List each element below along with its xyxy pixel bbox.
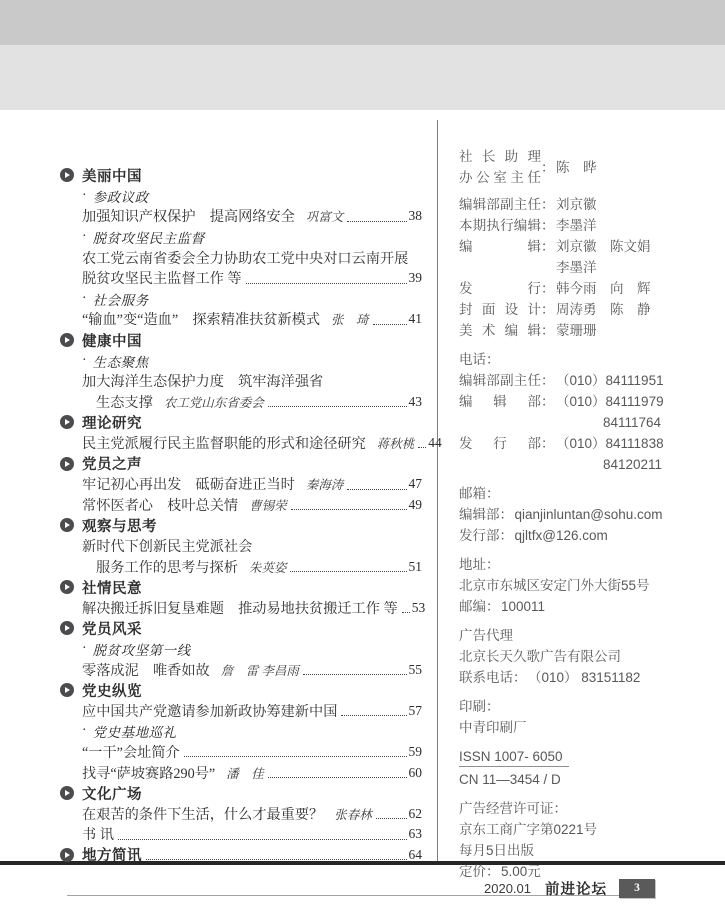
toc-article-author: 张春林 [334, 805, 372, 823]
masthead-dual-labels: 社长助理 办公室主任 [459, 146, 541, 188]
toc-article-title: “输血”变“造血” 探索精准扶贫新模式 [82, 309, 320, 329]
masthead-row: 编辑部：（010）84111979 [459, 391, 715, 412]
section-arrow-icon [60, 580, 74, 594]
masthead-row: 美术编辑：蒙珊珊 [459, 320, 715, 341]
toc-page-number: 51 [409, 559, 423, 575]
toc-article-title: 应中国共产党邀请参加新政协筹建新中国 [82, 701, 337, 721]
masthead-text: ISSN 1007- 6050 [459, 747, 569, 767]
toc-line: ·脱贫攻坚第一线 [82, 639, 422, 660]
masthead-value: 韩今雨 向 辉 [556, 278, 651, 299]
toc-line: 文化广场 [60, 783, 422, 804]
toc-line: 党员风采 [60, 618, 422, 639]
toc-page-number: 62 [409, 806, 423, 822]
masthead-label: 发行 [459, 278, 541, 299]
toc-dot-leader [347, 489, 406, 490]
column-divider [437, 120, 438, 862]
masthead-label: 美术编辑 [459, 320, 541, 341]
toc-dot-leader [290, 571, 406, 572]
masthead-value: qjltfx@126.com [515, 525, 608, 546]
toc-article-title: 脱贫攻坚民主监督工作 等 [82, 268, 242, 288]
toc-page-number: 60 [409, 765, 423, 781]
toc-article-title: “一干”会址简介 [82, 742, 180, 762]
masthead-colon: ： [541, 320, 556, 341]
toc-dot-leader [118, 839, 407, 840]
masthead-group-printer: 印刷：中青印刷厂 [459, 696, 715, 738]
masthead-column: 社长助理 办公室主任 ： 陈 晔 编辑部副主任：刘京徽本期执行编辑：李墨洋编辑：… [459, 146, 715, 890]
toc-line: 书 讯63 [82, 824, 422, 845]
toc-page-number: 39 [409, 270, 423, 286]
toc-article-author: 秦海涛 [306, 475, 344, 493]
masthead-row: 本期执行编辑：李墨洋 [459, 215, 715, 236]
masthead-colon: ： [541, 433, 556, 454]
toc-article-title: 找寻“萨坡赛路290号” [82, 763, 215, 783]
masthead-label: 编辑部副主任 [459, 370, 541, 391]
section-arrow-icon [60, 168, 74, 182]
masthead-heading: 地址： [459, 554, 715, 575]
masthead-colon: ： [541, 215, 556, 236]
masthead-colon: ： [486, 696, 500, 717]
masthead-colon: ： [554, 798, 568, 819]
section-arrow-icon [60, 457, 74, 471]
toc-dot-leader [146, 859, 407, 860]
masthead-continuation: 84120211 [603, 454, 715, 475]
top-band-light [0, 45, 725, 110]
arrow-right-glyph [65, 625, 70, 631]
toc-page-number: 47 [409, 476, 423, 492]
toc-bullet: · [82, 641, 87, 657]
toc-page-number: 43 [409, 394, 423, 410]
masthead-groups: 编辑部副主任：刘京徽本期执行编辑：李墨洋编辑：刘京徽 陈文娟李墨洋发行：韩今雨 … [459, 194, 715, 882]
masthead-group-phones: 电话：编辑部副主任：（010）84111951编辑部：（010）84111979… [459, 349, 715, 475]
masthead-colon: ： [541, 236, 556, 257]
toc-dot-leader [418, 447, 426, 448]
toc-article-author: 巩富文 [306, 207, 344, 225]
toc-article-author: 潘 佳 [226, 764, 264, 782]
toc-dot-leader [376, 818, 407, 819]
toc-column: 美丽中国·参政议政加强知识产权保护 提高网络安全巩富文38·脱贫攻坚民主监督农工… [60, 165, 422, 865]
masthead-heading-text: 邮箱 [459, 483, 486, 504]
toc-dot-leader [402, 612, 410, 613]
toc-article-author: 朱英姿 [249, 558, 287, 576]
toc-article-author: 詹 雷 李昌雨 [221, 661, 299, 679]
toc-page-number: 53 [412, 600, 426, 616]
toc-category-label: 党史基地巡礼 [93, 721, 177, 741]
masthead-group-license: 广告经营许可证：京东工商广字第0221号每月5日出版定价：5.00元 [459, 798, 715, 882]
toc-article-title: 解决搬迁拆旧复垦难题 推动易地扶贫搬迁工作 等 [82, 598, 398, 618]
masthead-text: 每月5日出版 [459, 843, 534, 858]
toc-dot-leader [268, 406, 407, 407]
toc-category-label: 脱贫攻坚第一线 [93, 639, 191, 659]
masthead-value: 周涛勇 陈 静 [556, 299, 651, 320]
toc-line: 在艰苦的条件下生活，什么才最重要？张春林62 [82, 803, 422, 824]
masthead-colon: ： [500, 504, 515, 525]
masthead-value: 100011 [501, 596, 545, 617]
arrow-right-glyph [65, 172, 70, 178]
masthead-label: 社长助理 [459, 146, 541, 167]
masthead-value: 刘京徽 [556, 194, 597, 215]
masthead-group-staff: 编辑部副主任：刘京徽本期执行编辑：李墨洋编辑：刘京徽 陈文娟李墨洋发行：韩今雨 … [459, 194, 715, 341]
toc-line: 党员之声 [60, 453, 422, 474]
toc-page-number: 64 [409, 847, 423, 863]
masthead-group-ad-agency: 广告代理北京长天久歌广告有限公司联系电话：（010） 83151182 [459, 625, 715, 688]
masthead-continuation: 李墨洋 [556, 257, 715, 278]
toc-section-title: 党员之声 [82, 453, 142, 474]
masthead-text-line: 北京市东城区安定门外大街55号 [459, 575, 715, 596]
masthead-row: 封面设计：周涛勇 陈 静 [459, 299, 715, 320]
toc-page-number: 59 [409, 744, 423, 760]
masthead-heading-text: 电话 [459, 349, 486, 370]
masthead-text: 中青印刷厂 [459, 720, 527, 735]
arrow-right-glyph [65, 461, 70, 467]
toc-line: 地方简讯64 [60, 845, 422, 866]
toc-article-title: 牢记初心再出发 砥砺奋进正当时 [82, 474, 295, 494]
section-arrow-icon [60, 415, 74, 429]
toc-dot-leader [341, 715, 406, 716]
masthead-colon: ： [541, 299, 556, 320]
masthead-value: （010）84111951 [556, 370, 664, 391]
masthead-text-line: 京东工商广字第0221号 [459, 819, 715, 840]
toc-category-label: 脱贫攻坚民主监督 [93, 227, 205, 247]
masthead-heading: 电话： [459, 349, 715, 370]
masthead-value: （010）84111979 [556, 391, 664, 412]
masthead-heading-text: 广告经营许可证 [459, 798, 554, 819]
toc-article-title: 新时代下创新民主党派社会 [82, 536, 252, 556]
masthead-text-line: 广告代理 [459, 625, 715, 646]
toc-line: 理论研究 [60, 412, 422, 433]
toc-dot-leader [291, 509, 407, 510]
toc-category-label: 参政议政 [93, 186, 149, 206]
masthead-value: （010） 83151182 [528, 667, 640, 688]
toc-section-title: 文化广场 [82, 783, 142, 804]
toc-section-title: 社情民意 [82, 577, 142, 598]
toc-page-number: 63 [409, 826, 423, 842]
toc-line: 解决搬迁拆旧复垦难题 推动易地扶贫搬迁工作 等53 [82, 597, 422, 618]
footer: 2020.01 前进论坛 3 [67, 878, 655, 898]
masthead-label: 编辑部 [459, 504, 500, 525]
toc-section-title: 美丽中国 [82, 165, 142, 186]
toc-page-number: 49 [409, 497, 423, 513]
masthead-label: 发行部 [459, 525, 500, 546]
masthead-row: 联系电话：（010） 83151182 [459, 667, 715, 688]
toc-article-title: 加强知识产权保护 提高网络安全 [82, 206, 295, 226]
masthead-label: 发行部 [459, 433, 541, 454]
toc-dot-leader [246, 283, 407, 284]
toc-line: ·社会服务 [82, 289, 422, 310]
toc-line: ·生态聚焦 [82, 350, 422, 371]
masthead-colon: ： [541, 278, 556, 299]
toc-page-number: 41 [409, 311, 423, 327]
arrow-right-glyph [65, 337, 70, 343]
masthead-text-line: 北京长天久歌广告有限公司 [459, 646, 715, 667]
masthead-text: 北京长天久歌广告有限公司 [459, 649, 621, 664]
toc-article-title: 民主党派履行民主监督职能的形式和途径研究 [82, 433, 366, 453]
toc-section-title: 地方简讯 [82, 844, 142, 865]
toc-line: 社情民意 [60, 577, 422, 598]
toc-page-number: 38 [409, 208, 423, 224]
toc-section-title: 党史纵览 [82, 680, 142, 701]
toc-article-author: 农工党山东省委会 [164, 393, 264, 411]
toc-dot-leader [268, 777, 407, 778]
toc-article-title: 常怀医者心 枝叶总关情 [82, 495, 238, 515]
masthead-value: qianjinluntan@sohu.com [515, 504, 663, 525]
toc-line: 加大海洋生态保护力度 筑牢海洋强省 [82, 371, 422, 392]
footer-page-number-badge: 3 [619, 879, 655, 898]
toc-line: “一干”会址简介59 [82, 742, 422, 763]
masthead-label: 联系电话 [459, 667, 513, 688]
footer-magazine-title: 前进论坛 [545, 878, 607, 899]
arrow-right-glyph [65, 419, 70, 425]
section-arrow-icon [60, 333, 74, 347]
masthead-colon: ： [541, 194, 556, 215]
masthead-label: 编辑部 [459, 391, 541, 412]
toc-line: 农工党云南省委会全力协助农工党中央对口云南开展 [82, 247, 422, 268]
toc-article-title: 服务工作的思考与探析 [96, 557, 238, 577]
toc-dot-leader [184, 756, 407, 757]
arrow-right-glyph [65, 852, 70, 858]
toc-line: 美丽中国 [60, 165, 422, 186]
toc-line: 生态支撑农工党山东省委会43 [96, 392, 422, 413]
toc-page-number: 44 [428, 435, 442, 451]
masthead-group-issn: ISSN 1007- 6050CN 11—3454 / D [459, 746, 715, 790]
toc-article-title: 零落成泥 唯香如故 [82, 660, 210, 680]
masthead-row: 编辑：刘京徽 陈文娟 [459, 236, 715, 257]
masthead-text: 北京市东城区安定门外大街55号 [459, 578, 650, 593]
toc-page-number: 57 [409, 703, 423, 719]
masthead-heading-text: 印刷 [459, 696, 486, 717]
toc-line: ·党史基地巡礼 [82, 721, 422, 742]
masthead-text: 京东工商广字第0221号 [459, 822, 597, 837]
section-arrow-icon [60, 621, 74, 635]
masthead-text-line: CN 11—3454 / D [459, 769, 715, 790]
arrow-right-glyph [65, 687, 70, 693]
masthead-row: 邮编：100011 [459, 596, 715, 617]
toc-bullet: · [82, 188, 87, 204]
toc-line: 应中国共产党邀请参加新政协筹建新中国57 [82, 700, 422, 721]
masthead-colon: ： [541, 391, 556, 412]
masthead-colon: ： [513, 667, 528, 688]
masthead-value: 刘京徽 陈文娟 [556, 236, 651, 257]
toc-line: 常怀医者心 枝叶总关情曹锡荣49 [82, 495, 422, 516]
arrow-right-glyph [65, 584, 70, 590]
masthead-value: 陈 晔 [556, 157, 597, 178]
masthead-label: 编辑部副主任 [459, 194, 541, 215]
toc-line: 服务工作的思考与探析朱英姿51 [96, 556, 422, 577]
toc-line: 加强知识产权保护 提高网络安全巩富文38 [82, 206, 422, 227]
masthead-colon: ： [486, 349, 500, 370]
toc-line: 党史纵览 [60, 680, 422, 701]
toc-article-title: 生态支撑 [96, 392, 153, 412]
masthead-value: 李墨洋 [556, 215, 597, 236]
toc-section-title: 健康中国 [82, 330, 142, 351]
toc-article-author: 蒋秋桃 [377, 434, 415, 452]
masthead-row: 发行：韩今雨 向 辉 [459, 278, 715, 299]
masthead-row: 编辑部副主任：刘京徽 [459, 194, 715, 215]
toc-line: 找寻“萨坡赛路290号”潘 佳60 [82, 762, 422, 783]
arrow-right-glyph [65, 790, 70, 796]
arrow-right-glyph [65, 522, 70, 528]
masthead-colon: ： [486, 554, 500, 575]
masthead-row: 发行部：（010）84111838 [459, 433, 715, 454]
toc-article-author: 曹锡荣 [249, 496, 287, 514]
masthead-text-line: 中青印刷厂 [459, 717, 715, 738]
masthead-colon: ： [500, 525, 515, 546]
toc-article-title: 书 讯 [82, 824, 114, 844]
toc-line: 观察与思考 [60, 515, 422, 536]
toc-line: ·参政议政 [82, 186, 422, 207]
masthead-label: 本期执行编辑 [459, 215, 541, 236]
masthead-group-emails: 邮箱：编辑部：qianjinluntan@sohu.com发行部：qjltfx@… [459, 483, 715, 546]
toc-bullet: · [82, 229, 87, 245]
section-arrow-icon [60, 848, 74, 862]
toc-line: 健康中国 [60, 330, 422, 351]
footer-issue: 2020.01 [484, 881, 531, 896]
masthead-colon: ： [486, 596, 501, 617]
masthead-value: 蒙珊珊 [556, 320, 597, 341]
toc-section-title: 观察与思考 [82, 515, 157, 536]
masthead-row: 发行部：qjltfx@126.com [459, 525, 715, 546]
toc-line: 零落成泥 唯香如故詹 雷 李昌雨55 [82, 659, 422, 680]
masthead-value: （010）84111838 [556, 433, 664, 454]
section-arrow-icon [60, 786, 74, 800]
masthead-row: 编辑部：qianjinluntan@sohu.com [459, 504, 715, 525]
toc-category-label: 生态聚焦 [93, 351, 149, 371]
section-arrow-icon [60, 683, 74, 697]
toc-section-title: 党员风采 [82, 618, 142, 639]
masthead-colon: ： [541, 370, 556, 391]
toc-dot-leader [347, 221, 406, 222]
masthead-group-address: 地址：北京市东城区安定门外大街55号邮编：100011 [459, 554, 715, 617]
masthead-text-line: 每月5日出版 [459, 840, 715, 861]
toc-page-number: 55 [409, 662, 423, 678]
masthead-heading: 广告经营许可证： [459, 798, 715, 819]
masthead-text-line: ISSN 1007- 6050 [459, 746, 715, 769]
masthead-text: CN 11—3454 / D [459, 772, 561, 787]
masthead-row: 编辑部副主任：（010）84111951 [459, 370, 715, 391]
masthead-text: 广告代理 [459, 628, 513, 643]
toc-dot-leader [303, 674, 407, 675]
masthead-heading-text: 地址 [459, 554, 486, 575]
toc-dot-leader [373, 324, 407, 325]
top-band-dark [0, 0, 725, 45]
masthead-heading: 印刷： [459, 696, 715, 717]
toc-category-label: 社会服务 [93, 289, 149, 309]
toc-article-title: 在艰苦的条件下生活，什么才最重要？ [82, 804, 323, 824]
toc-bullet: · [82, 723, 87, 739]
masthead-continuation: 84111764 [603, 412, 715, 433]
toc-line: 新时代下创新民主党派社会 [82, 536, 422, 557]
masthead-label: 编辑 [459, 236, 541, 257]
masthead-heading: 邮箱： [459, 483, 715, 504]
footer-content: 2020.01 前进论坛 3 [484, 878, 655, 898]
toc-section-title: 理论研究 [82, 412, 142, 433]
toc-article-title: 农工党云南省委会全力协助农工党中央对口云南开展 [82, 248, 408, 268]
toc-line: 民主党派履行民主监督职能的形式和途径研究蒋秋桃44 [82, 433, 422, 454]
toc-bullet: · [82, 291, 87, 307]
toc-line: ·脱贫攻坚民主监督 [82, 227, 422, 248]
toc-article-author: 张 琦 [331, 310, 369, 328]
masthead-colon: ： [486, 483, 500, 504]
toc-article-title: 加大海洋生态保护力度 筑牢海洋强省 [82, 371, 323, 391]
section-arrow-icon [60, 518, 74, 532]
toc-bullet: · [82, 353, 87, 369]
masthead-label: 办公室主任 [459, 167, 541, 188]
masthead-label: 封面设计 [459, 299, 541, 320]
masthead-dual-row: 社长助理 办公室主任 ： 陈 晔 [459, 146, 715, 188]
masthead-colon: ： [541, 157, 556, 178]
toc-line: 牢记初心再出发 砥砺奋进正当时秦海涛47 [82, 474, 422, 495]
toc-line: 脱贫攻坚民主监督工作 等39 [82, 268, 422, 289]
masthead-label: 邮编 [459, 596, 486, 617]
toc-line: “输血”变“造血” 探索精准扶贫新模式张 琦41 [82, 309, 422, 330]
